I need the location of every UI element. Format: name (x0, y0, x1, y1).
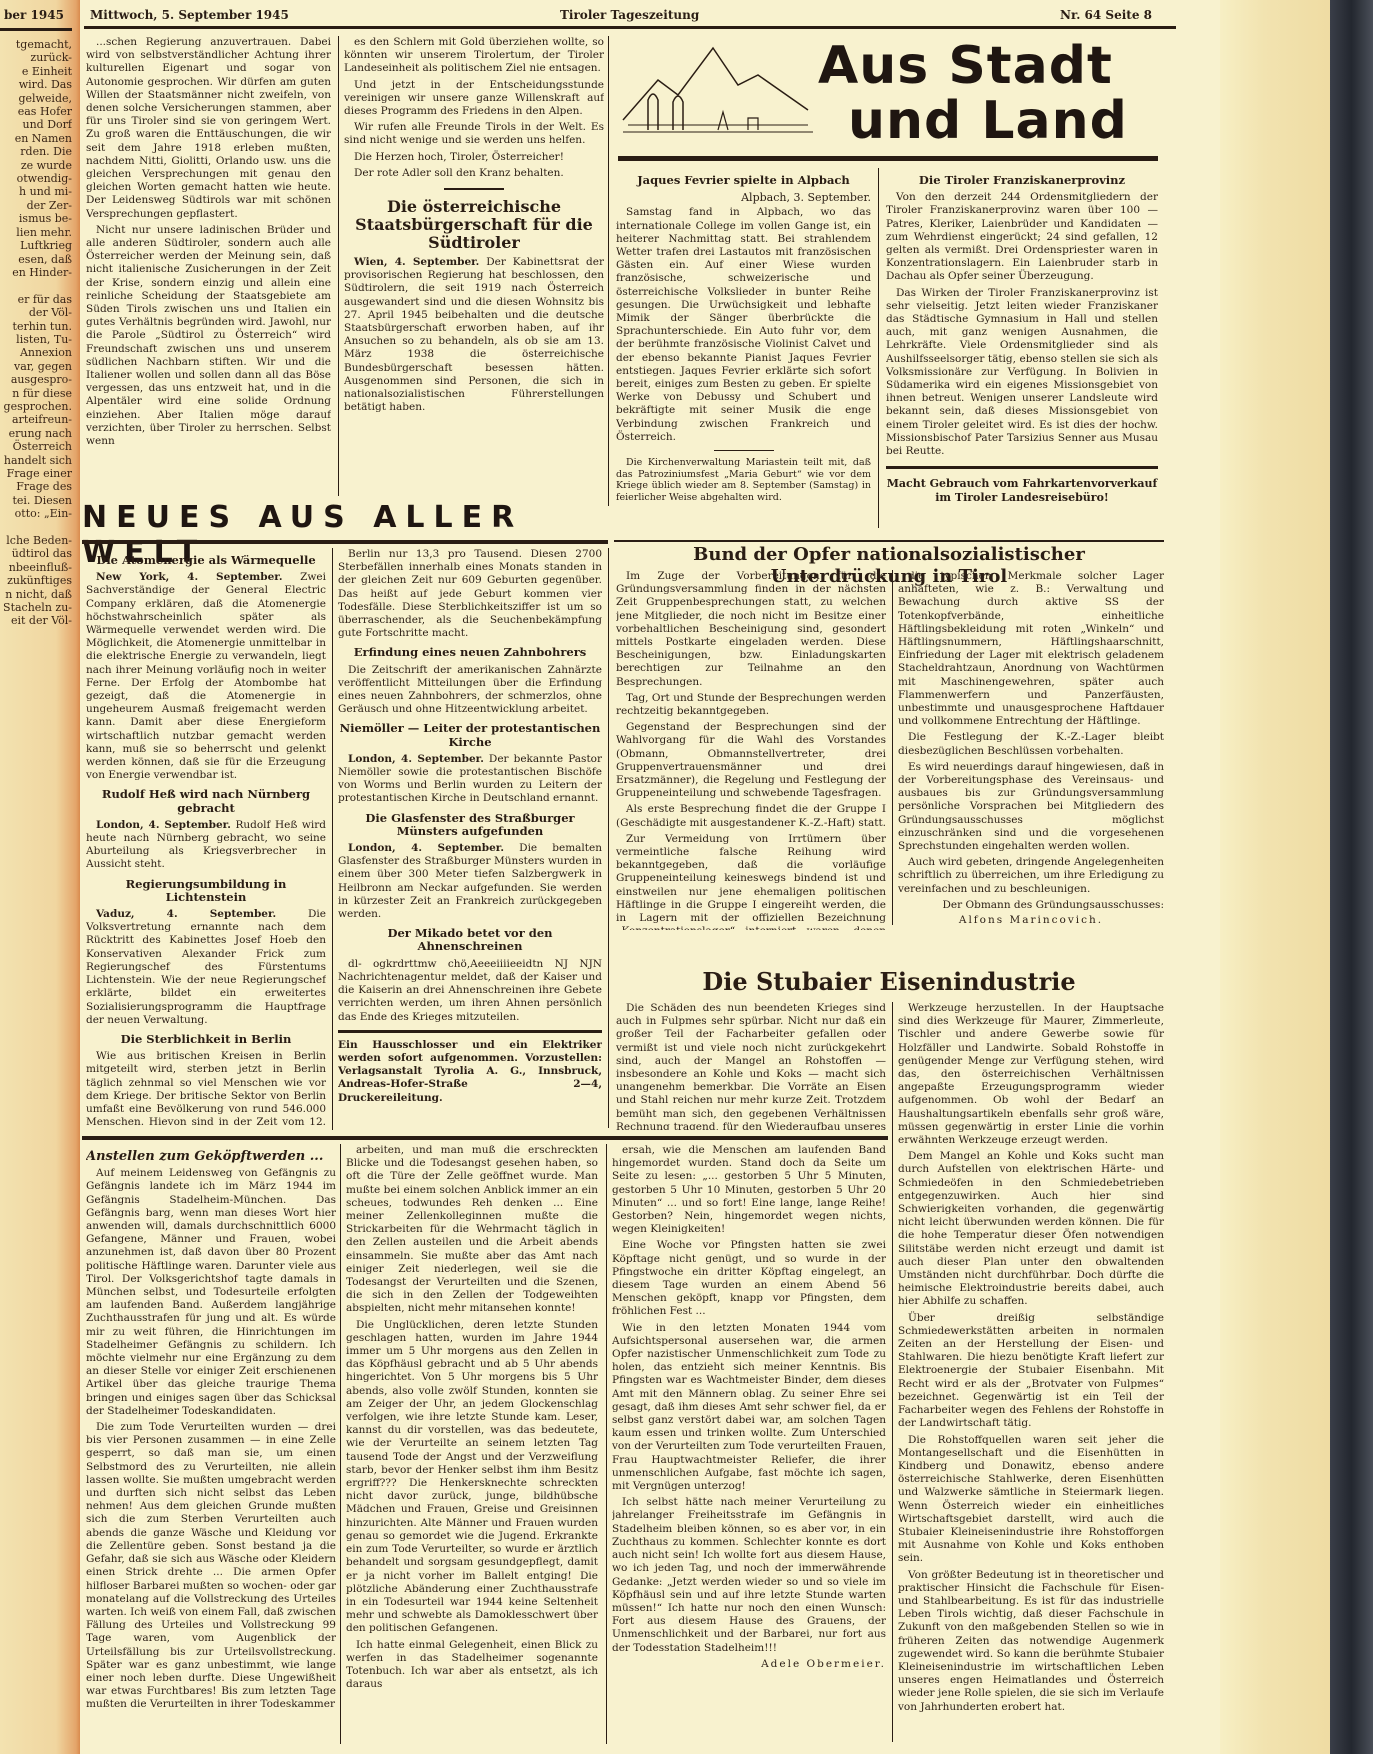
spine-text-line: eit der Völ- (0, 614, 72, 627)
column-divider (892, 1002, 893, 1742)
header-rule (84, 26, 1176, 29)
spine-text-line: n für diese (0, 387, 72, 400)
previous-page-date: ber 1945 (4, 8, 64, 22)
headline-stubaier: Die Stubaier Eisenindustrie (614, 968, 1164, 996)
column-divider (606, 1144, 607, 1744)
article-bund-col2: die typischen Merkmale solcher Lager anh… (898, 570, 1164, 930)
headline-franziskaner: Die Tiroler Franziskanerprovinz (886, 174, 1158, 187)
issue-page-number: Nr. 64 Seite 8 (1060, 8, 1152, 22)
column-divider (878, 168, 879, 528)
spine-text-line: tgemacht, (0, 38, 72, 51)
spine-text-line: nbeeinfluß- (0, 561, 72, 574)
spine-text-line: Frage des (0, 480, 72, 493)
headline-staatsbuergerschaft: Die österreichische Staatsbürgerschaft f… (344, 198, 604, 252)
article-continuation-mid: es den Schlern mit Gold überziehen wollt… (344, 36, 604, 496)
article-hess: Rudolf Heß wird nach Nürnberg gebracht L… (86, 788, 326, 871)
spine-text-line: erung nach (0, 427, 72, 440)
spine-text-line: lien mehr. (0, 226, 72, 239)
spine-text-line: en Hinder- (0, 266, 72, 279)
article-stubaier-col1: Die Schäden des nun beendeten Krieges si… (616, 1002, 886, 1130)
spine-text-line: arteifreun- (0, 413, 72, 426)
previous-page-spine: ber 1945 tgemacht,zurück-e Einheitwird. … (0, 0, 80, 1754)
page-edge (1220, 0, 1330, 1754)
spine-text-line: tei. Diesen (0, 494, 72, 507)
spine-text-line: var, gegen (0, 360, 72, 373)
column-divider (332, 548, 333, 1130)
previous-page-text: tgemacht,zurück-e Einheitwird. Dasgelwei… (0, 38, 72, 628)
section-divider (444, 188, 504, 190)
column-divider (608, 36, 609, 506)
spine-text-line: otto: „Ein- (0, 507, 72, 520)
article-bund-col1: Im Zuge der Vorbereitungen für die Gründ… (616, 570, 886, 930)
article-lichtenstein: Regierungsumbildung in Lichtenstein Vadu… (86, 878, 326, 1027)
newspaper-title: Tiroler Tageszeitung (560, 8, 699, 22)
spine-text-line: gelweide, (0, 92, 72, 105)
ad-landesreisebuero: Macht Gebrauch vom Fahrkartenvorverkauf … (886, 477, 1158, 505)
section-divider (714, 450, 774, 451)
spine-text-line: e Einheit (0, 65, 72, 78)
article-glasfenster: Die Glasfenster des Straßburger Münsters… (338, 812, 602, 922)
spine-text-line (0, 521, 72, 534)
article-sterblichkeit: Die Sterblichkeit in Berlin Wie aus brit… (86, 1033, 326, 1130)
article-continuation-left: ...schen Regierung anzuvertrauen. Dabei … (86, 36, 331, 496)
column-divider (892, 570, 893, 925)
spine-text-line: zurück- (0, 51, 72, 64)
mountain-town-illustration-icon (618, 40, 818, 140)
spine-text-line: esen, daß (0, 253, 72, 266)
section-divider (338, 1030, 602, 1033)
spine-text-line: der Völ- (0, 306, 72, 319)
masthead-title-line1: Aus Stadt (818, 40, 1113, 92)
spine-text-line: zukünftiges (0, 574, 72, 587)
spine-text-line: der Zer- (0, 199, 72, 212)
article-gekoepft-col2: arbeiten, und man muß die erschreckten B… (346, 1144, 598, 1744)
article-fevrier: Jaques Fevrier spielte in Alpbach Alpbac… (616, 168, 871, 528)
spine-text-line: h und mi- (0, 185, 72, 198)
notice-mariastein: Die Kirchenverwaltung Mariastein teilt m… (616, 457, 871, 503)
article-niemoeller: Niemöller — Leiter der protestantischen … (338, 722, 602, 805)
spine-text-line: ismus be- (0, 212, 72, 225)
spine-text-line: und Dorf (0, 118, 72, 131)
spine-text-line: en Namen (0, 132, 72, 145)
spine-text-line: er für das (0, 293, 72, 306)
spine-text-line: wird. Das (0, 78, 72, 91)
spine-text-line: lche Beden- (0, 534, 72, 547)
section-rule (614, 540, 1164, 542)
spine-text-line: üdtirol das (0, 547, 72, 560)
section-divider (886, 466, 1158, 469)
signature-name: Alfons Marincovich. (898, 914, 1164, 927)
headline-gekoepft: Anstellen zum Geköpftwerden ... (86, 1150, 336, 1163)
spine-text-line: Luftkrieg (0, 239, 72, 252)
spine-text-line: Stacheln zu- (0, 601, 72, 614)
signature-author: Adele Obermeier. (612, 1658, 886, 1671)
signature-role: Der Obmann des Gründungsausschusses: (898, 899, 1164, 912)
spine-text-line: n nicht, daß (0, 588, 72, 601)
spine-text-line: terhin tun. (0, 320, 72, 333)
spine-text-line: gesprochen. (0, 400, 72, 413)
article-gekoepft-col3: ersah, wie die Menschen am laufenden Ban… (612, 1144, 886, 1744)
spine-text-line: listen, Tu- (0, 333, 72, 346)
header-rule-left (0, 28, 72, 31)
spine-text-line: ausgespro- (0, 373, 72, 386)
issue-date: Mittwoch, 5. September 1945 (90, 8, 289, 22)
masthead-title-line2: und Land (848, 95, 1128, 147)
section-rule (82, 1136, 888, 1140)
spine-text-line (0, 279, 72, 292)
spine-text-line: handelt sich (0, 454, 72, 467)
spine-text-line: otwendig- (0, 172, 72, 185)
masthead-rule (618, 156, 1158, 161)
spine-text-line: ze wurde (0, 159, 72, 172)
banner-rule (82, 540, 608, 544)
world-news-right-column: Berlin nur 13,3 pro Tausend. Diesen 2700… (338, 548, 602, 1130)
article-franziskaner: Die Tiroler Franziskanerprovinz Von den … (886, 168, 1158, 528)
column-divider (338, 36, 339, 496)
column-divider (608, 548, 609, 1128)
spine-text-line: Annexion (0, 346, 72, 359)
headline-fevrier: Jaques Fevrier spielte in Alpbach (616, 174, 871, 187)
article-zahnbohrer: Erfindung eines neuen Zahnbohrers Die Ze… (338, 646, 602, 716)
world-news-left-column: Die Atomenergie als Wärmequelle New York… (86, 548, 326, 1130)
article-stubaier-col2: Werkzeuge herzustellen. In der Hauptsach… (898, 1002, 1164, 1742)
article-gekoepft-col1: Anstellen zum Geköpftwerden ... Auf mein… (86, 1144, 336, 1744)
section-masthead: Aus Stadt und Land (618, 40, 1158, 152)
column-divider (340, 1144, 341, 1744)
book-cover (1330, 0, 1373, 1754)
article-mikado: Der Mikado betet vor den Ahnenschreinen … (338, 927, 602, 1023)
spine-text-line: eas Hofer (0, 105, 72, 118)
spine-text-line: Österreich (0, 440, 72, 453)
spine-text-line: Frage einer (0, 467, 72, 480)
article-atomenergie: Die Atomenergie als Wärmequelle New York… (86, 554, 326, 782)
job-advertisement: Ein Hausschlosser und ein Elektriker wer… (338, 1039, 602, 1105)
spine-text-line: rden. Die (0, 145, 72, 158)
